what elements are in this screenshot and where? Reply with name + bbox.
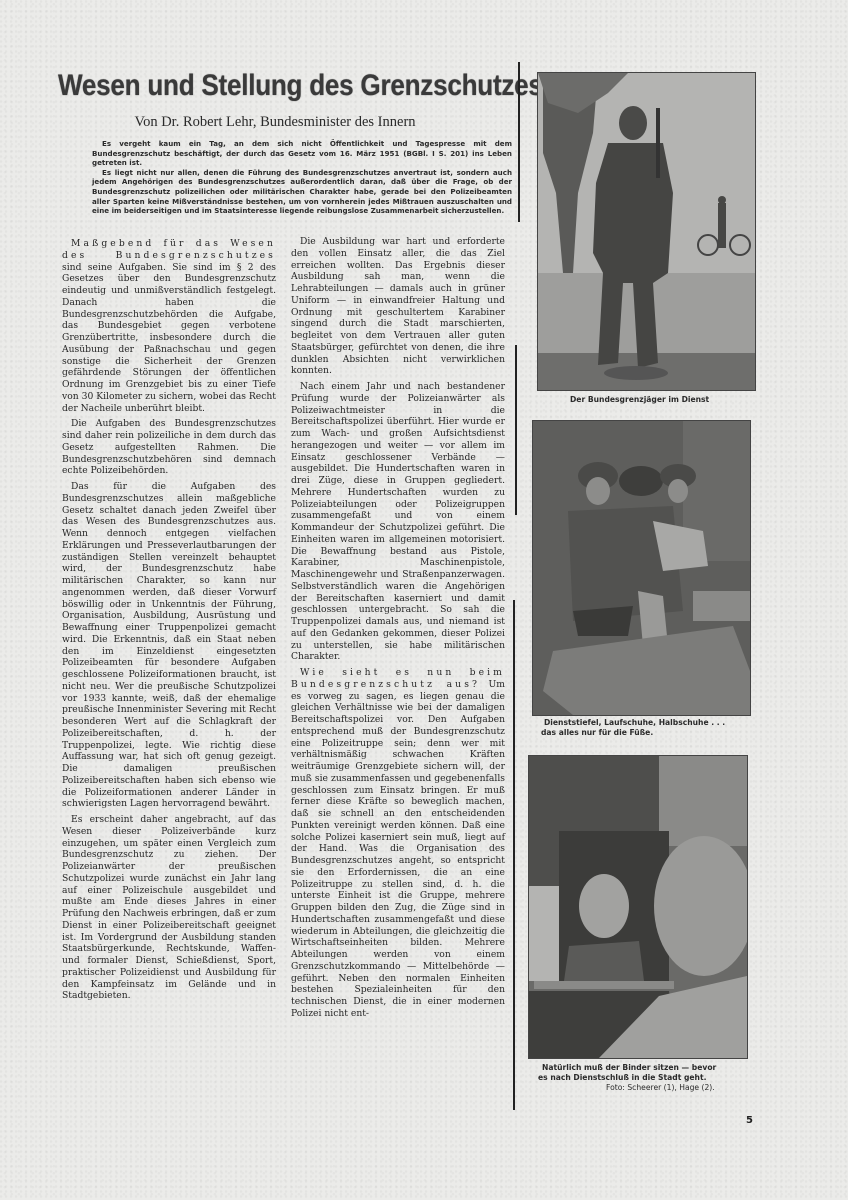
photo-mirror	[528, 755, 748, 1059]
column-rule	[515, 345, 517, 515]
article-intro: Es vergeht kaum ein Tag, an dem sich nic…	[92, 139, 512, 216]
photo-caption: Dienststiefel, Laufschuhe, Halbschuhe . …	[541, 718, 725, 738]
page-number: 5	[746, 1115, 753, 1126]
article-byline: Von Dr. Robert Lehr, Bundesminister des …	[40, 114, 510, 131]
photo-credit: Foto: Scheerer (1), Hage (2).	[538, 1083, 716, 1093]
photo-caption: Natürlich muß der Binder sitzen — bevor …	[538, 1063, 716, 1093]
guard-photo-image	[538, 73, 755, 390]
body-paragraph: Nach einem Jahr und nach bestandener Prü…	[291, 381, 505, 663]
body-paragraph: Das für die Aufgaben des Bundesgrenzschu…	[62, 481, 276, 810]
spaced-lead-in: Maßgebend für das Wesen des Bundesgrenzs…	[62, 238, 276, 261]
boots-photo-image	[533, 421, 750, 715]
photo-caption: Der Bundesgrenzjäger im Dienst	[570, 395, 709, 405]
column-rule	[513, 600, 515, 1110]
body-paragraph: Wie sieht es nun beim Bundesgrenzschutz …	[291, 667, 505, 1020]
body-paragraph: Maßgebend für das Wesen des Bundesgrenzs…	[62, 238, 276, 414]
spaced-lead-in: Wie sieht es nun beim Bundesgrenzschutz …	[291, 667, 505, 690]
magazine-page: Wesen und Stellung des Grenzschutzes Von…	[0, 0, 848, 1200]
intro-paragraph: Es vergeht kaum ein Tag, an dem sich nic…	[92, 139, 512, 168]
body-paragraph: Es erscheint daher angebracht, auf das W…	[62, 814, 276, 1002]
mirror-photo-image	[529, 756, 747, 1058]
column-rule	[518, 62, 520, 222]
photo-guard	[537, 72, 756, 391]
middle-text-column: Die Ausbildung war hart und erforderte d…	[291, 236, 505, 1024]
photo-boots	[532, 420, 751, 716]
article-title: Wesen und Stellung des Grenzschutzes	[58, 68, 454, 104]
body-paragraph: Die Ausbildung war hart und erforderte d…	[291, 236, 505, 377]
body-paragraph: Die Aufgaben des Bundesgrenzschutzes sin…	[62, 418, 276, 477]
left-text-column: Maßgebend für das Wesen des Bundesgrenzs…	[62, 238, 276, 1006]
intro-paragraph: Es liegt nicht nur allen, denen die Führ…	[92, 168, 512, 216]
